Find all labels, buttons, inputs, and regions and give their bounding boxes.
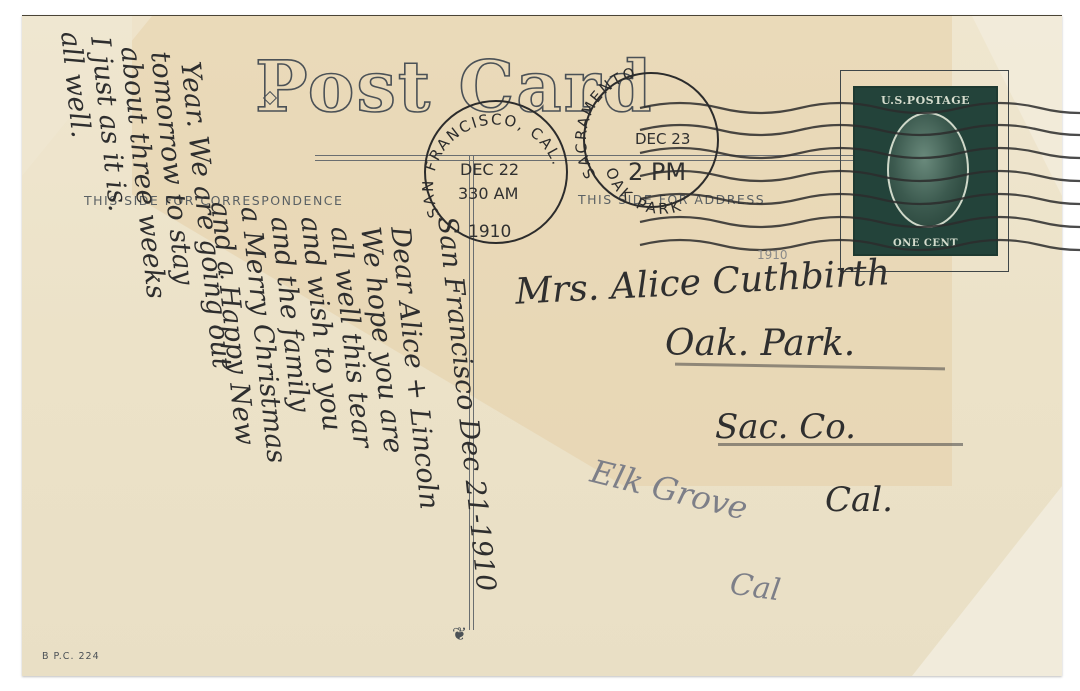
postmark-time-sf: 330 AM [458, 184, 518, 203]
address-line-state: Cal. [825, 480, 893, 520]
forward-address-state: Cal [728, 567, 783, 609]
postmark-date-sac: DEC 23 [635, 130, 690, 148]
postmark-year-sf: 1910 [468, 222, 511, 242]
address-line-town: Oak. Park. [665, 323, 855, 364]
strikethrough [718, 443, 963, 446]
postmark-time-sac: 2 PM [628, 158, 686, 186]
postmark-date-sf: DEC 22 [460, 160, 519, 179]
address-line-county: Sac. Co. [715, 407, 856, 447]
